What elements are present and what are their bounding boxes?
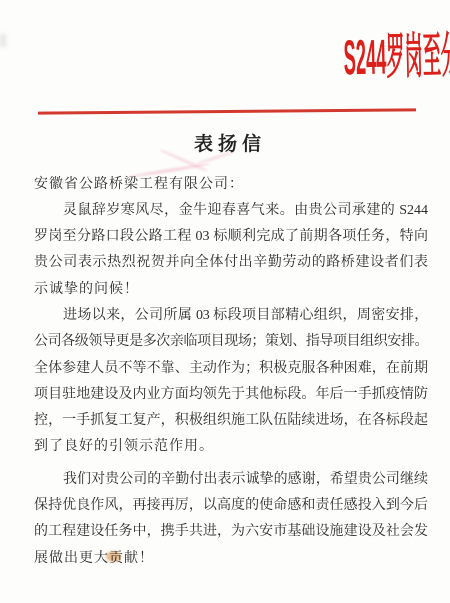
body-line: 项目驻地建设及内业方面均领先于其他标段。年后一手抓疫情防: [34, 382, 428, 408]
body-line: 示诚挚的问候！: [34, 277, 428, 303]
body-line: 到了良好的引领示范作用。: [34, 434, 428, 460]
body-line: 展做出更大贡献！: [34, 546, 428, 572]
body-line: 公司各级领导更是多次亲临项目现场；策划、指导项目组织安排。: [34, 329, 428, 355]
body-line: 贵公司表示热烈祝贺并向全体付出辛勤劳动的路桥建设者们表: [34, 250, 428, 276]
body-line: 我们对贵公司的辛勤付出表示诚挚的感谢，希望贵公司继续: [34, 467, 428, 493]
letter-body: 安徽省公路桥梁工程有限公司： 灵鼠辞岁寒风尽，金牛迎春喜气来。由贵公司承建的 S…: [34, 172, 428, 572]
masthead-divider-rule: [38, 108, 416, 114]
letter-title: 表扬信: [0, 134, 450, 156]
scanned-letter-page: S244罗岗至分路口段建设工程现场管理办公室文件 表扬信 安徽省公路桥梁工程有限…: [0, 0, 450, 603]
body-line: 全体参建人员不等不靠、主动作为；积极克服各种困难，在前期: [34, 356, 428, 382]
body-line: 罗岗至分路口段公路工程 03 标顺利完成了前期各项任务，特向: [34, 224, 428, 250]
body-line: 保持优良作风，再接再厉，以高度的使命感和责任感投入到今后: [34, 493, 428, 519]
body-line: 的工程建设任务中，携手共进，为六安市基础设施建设及社会发: [34, 519, 428, 545]
document-masthead: S244罗岗至分路口段建设工程现场管理办公室文件: [0, 28, 450, 82]
body-line: 进场以来，公司所属 03 标段项目部精心组织，周密安排，: [34, 303, 428, 329]
recipient-line: 安徽省公路桥梁工程有限公司：: [34, 172, 428, 198]
body-line: 灵鼠辞岁寒风尽，金牛迎春喜气来。由贵公司承建的 S244: [34, 198, 428, 224]
masthead-title: S244罗岗至分路口段建设工程现场管理办公室文件: [343, 24, 450, 85]
body-line: 控，一手抓复工复产，积极组织施工队伍陆续进场，在各标段起: [34, 408, 428, 434]
